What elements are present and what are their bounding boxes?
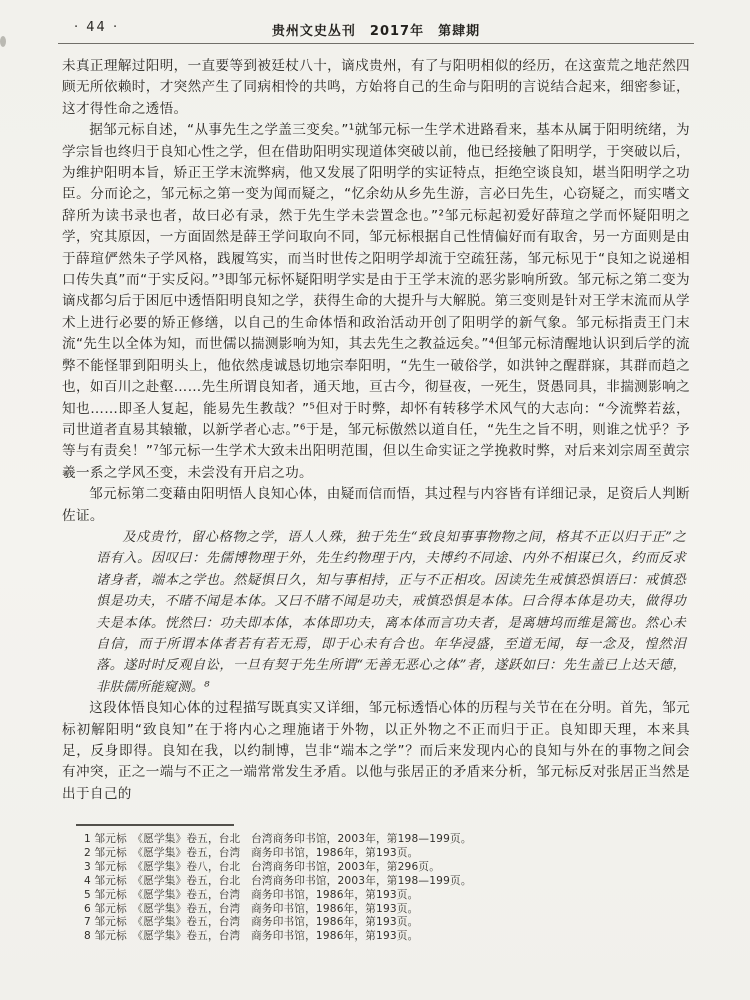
footnote-divider bbox=[76, 824, 234, 826]
paragraph-three-transformations: 据邹元标自述，“从事先生之学盖三变矣。”¹就邹元标一生学术进路看来，基本从属于阳… bbox=[62, 120, 690, 484]
footnotes-section: 1 邹元标 《愿学集》卷五，台北 台湾商务印书馆，2003年，第198—199页… bbox=[74, 824, 674, 944]
footnote: 1 邹元标 《愿学集》卷五，台北 台湾商务印书馆，2003年，第198—199页… bbox=[84, 833, 674, 847]
footnote: 8 邹元标 《愿学集》卷五，台湾 商务印书馆，1986年，第193页。 bbox=[84, 930, 674, 944]
block-quote-classical: 及戍贵竹，留心格物之学，语人人殊，独于先生“致良知事事物物之间，格其不正以归于正… bbox=[96, 527, 690, 698]
scan-artifact bbox=[0, 36, 6, 47]
footnote: 7 邹元标 《愿学集》卷五，台湾 商务印书馆，1986年，第193页。 bbox=[84, 916, 674, 930]
footnote: 5 邹元标 《愿学集》卷五，台湾 商务印书馆，1986年，第193页。 bbox=[84, 889, 674, 903]
scanned-journal-page: · 44 · 贵州文史丛刊 2017年 第肆期 未真正理解过阳明，一直要等到被廷… bbox=[0, 0, 750, 1000]
journal-title: 贵州文史丛刊 2017年 第肆期 bbox=[62, 20, 690, 39]
footnote: 2 邹元标 《愿学集》卷五，台湾 商务印书馆，1986年，第193页。 bbox=[84, 847, 674, 861]
footnote: 3 邹元标 《愿学集》卷八，台北 台湾商务印书馆，2003年，第296页。 bbox=[84, 861, 674, 875]
page-header: · 44 · 贵州文史丛刊 2017年 第肆期 bbox=[62, 20, 690, 40]
footnote: 4 邹元标 《愿学集》卷五，台北 台湾商务印书馆，2003年，第198—199页… bbox=[84, 875, 674, 889]
footnote: 6 邹元标 《愿学集》卷五，台湾 商务印书馆，1986年，第193页。 bbox=[84, 903, 674, 917]
article-body: 未真正理解过阳明，一直要等到被廷杖八十，谪戍贵州，有了与阳明相似的经历，在这蛮荒… bbox=[62, 56, 690, 805]
paragraph-second-transformation-intro: 邹元标第二变藉由阳明悟人良知心体，由疑而信而悟，其过程与内容皆有详细记录，足资后… bbox=[62, 484, 690, 527]
paragraph-continuation: 未真正理解过阳明，一直要等到被廷杖八十，谪戍贵州，有了与阳明相似的经历，在这蛮荒… bbox=[62, 56, 690, 120]
paragraph-analysis: 这段体悟良知心体的过程描写既真实又详细，邹元标透悟心体的历程与关节在在分明。首先… bbox=[62, 698, 690, 805]
header-divider bbox=[58, 43, 694, 44]
